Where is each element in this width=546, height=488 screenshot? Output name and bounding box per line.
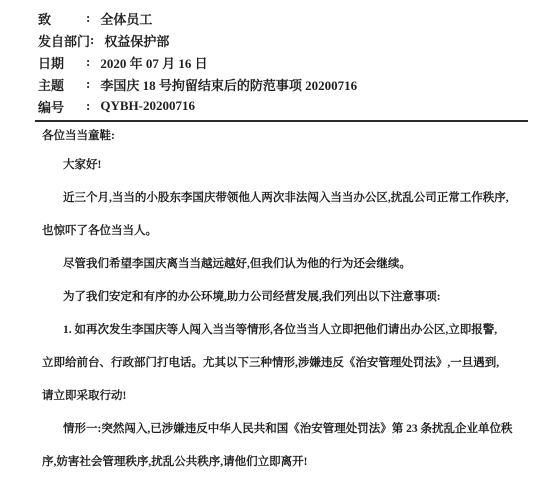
field-label-date: 日期 xyxy=(38,53,86,72)
field-value-from-department: 权益保护部 xyxy=(104,31,169,50)
body-line: 请立即采取行动! xyxy=(42,380,534,413)
field-label-number: 编号 xyxy=(38,97,86,116)
memo-body: 各位当当童鞋: 大家好! 近三个月,当当的小股东李国庆带领他人两次非法闯入当当办… xyxy=(42,123,534,479)
field-colon: : xyxy=(86,10,90,26)
field-value-date: 2020 年 07 月 16 日 xyxy=(100,53,207,72)
field-value-number: QYBH-20200716 xyxy=(100,98,195,114)
body-line: 序,妨害社会管理秩序,扰乱公共秩序,请他们立即离开! xyxy=(42,446,534,479)
memo-header: 致 : 全体员工 发自部门 : 权益保护部 日期 : 2020 年 07 月 1… xyxy=(38,0,546,117)
field-value-to: 全体员工 xyxy=(100,9,152,28)
body-line: 情形一:突然闯入,已涉嫌违反中华人民共和国《治安管理处罚法》第 23 条扰乱企业… xyxy=(42,413,534,446)
field-label-to: 致 xyxy=(38,9,86,28)
memo-field-to: 致 : 全体员工 xyxy=(38,7,546,29)
body-line: 尽管我们希望李国庆离当当越远越好,但我们认为他的行为还会继续。 xyxy=(42,248,534,281)
memo-field-date: 日期 : 2020 年 07 月 16 日 xyxy=(38,51,546,73)
field-label-from-department: 发自部门 xyxy=(38,31,90,50)
body-line: 立即给前台、行政部门打电话。尤其以下三种情形,涉嫌违反《治安管理处罚法》,一旦遇… xyxy=(42,347,534,380)
field-colon: : xyxy=(86,54,90,70)
body-line: 也惊吓了各位当当人。 xyxy=(42,215,534,248)
body-line: 大家好! xyxy=(42,149,534,182)
memo-field-from-department: 发自部门 : 权益保护部 xyxy=(38,29,546,51)
field-colon: : xyxy=(86,76,90,92)
memo-field-number: 编号 : QYBH-20200716 xyxy=(38,95,546,117)
field-label-subject: 主题 xyxy=(38,75,86,94)
body-line: 近三个月,当当的小股东李国庆带领他人两次非法闯入当当办公区,扰乱公司正常工作秩序… xyxy=(42,182,534,215)
header-divider-rule xyxy=(35,120,528,122)
field-colon: : xyxy=(90,32,94,48)
memo-field-subject: 主题 : 李国庆 18 号拘留结束后的防范事项 20200716 xyxy=(38,73,546,95)
body-line: 1. 如再次发生李国庆等人闯入当当等情形,各位当当人立即把他们请出办公区,立即报… xyxy=(42,314,534,347)
salutation-line: 各位当当童鞋: xyxy=(42,123,534,149)
memo-document: 致 : 全体员工 发自部门 : 权益保护部 日期 : 2020 年 07 月 1… xyxy=(0,0,546,488)
field-colon: : xyxy=(86,98,90,114)
body-line: 为了我们安定和有序的办公环境,助力公司经营发展,我们列出以下注意事项: xyxy=(42,281,534,314)
field-value-subject: 李国庆 18 号拘留结束后的防范事项 20200716 xyxy=(100,75,357,94)
